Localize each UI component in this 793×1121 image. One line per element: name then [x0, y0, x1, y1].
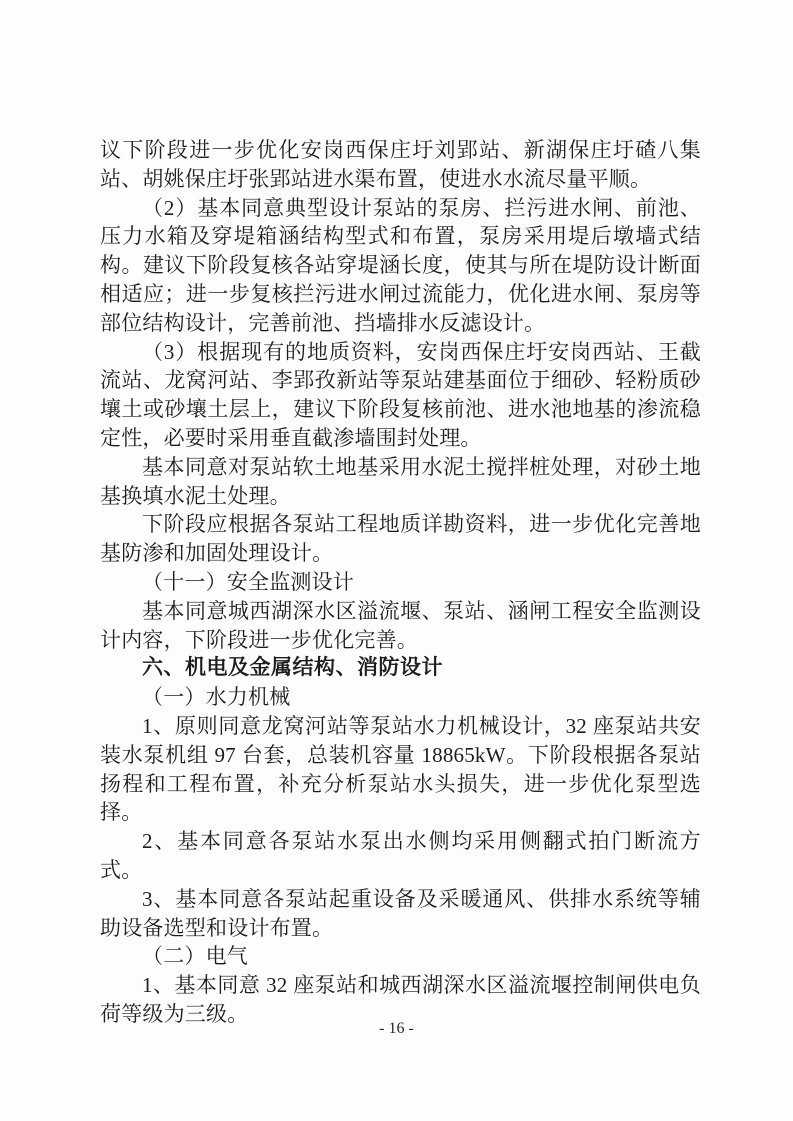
body-paragraph: 议下阶段进一步优化安岗西保庄圩刘郢站、新湖保庄圩碴八集站、胡姚保庄圩张郢站进水渠…	[100, 136, 701, 194]
body-paragraph: 2、基本同意各泵站水泵出水侧均采用侧翻式拍门断流方式。	[100, 827, 701, 885]
body-paragraph: 1、原则同意龙窝河站等泵站水力机械设计，32 座泵站共安装水泵机组 97 台套，…	[100, 712, 701, 827]
document-page: 议下阶段进一步优化安岗西保庄圩刘郢站、新湖保庄圩碴八集站、胡姚保庄圩张郢站进水渠…	[0, 0, 793, 1121]
body-paragraph: 下阶段应根据各泵站工程地质详勘资料，进一步优化完善地基防渗和加固处理设计。	[100, 510, 701, 568]
document-body: 议下阶段进一步优化安岗西保庄圩刘郢站、新湖保庄圩碴八集站、胡姚保庄圩张郢站进水渠…	[100, 136, 701, 1029]
body-paragraph: （3）根据现有的地质资料，安岗西保庄圩安岗西站、王截流站、龙窝河站、李郢孜新站等…	[100, 338, 701, 453]
section-heading: 六、机电及金属结构、消防设计	[100, 654, 701, 683]
section-subheading: （二）电气	[100, 942, 701, 971]
body-paragraph: （2）基本同意典型设计泵站的泵房、拦污进水闸、前池、压力水箱及穿堤箱涵结构型式和…	[100, 194, 701, 338]
body-paragraph: 3、基本同意各泵站起重设备及采暖通风、供排水系统等辅助设备选型和设计布置。	[100, 885, 701, 943]
body-paragraph: 基本同意城西湖深水区溢流堰、泵站、涵闸工程安全监测设计内容，下阶段进一步优化完善…	[100, 597, 701, 655]
section-subheading: （一）水力机械	[100, 683, 701, 712]
body-paragraph: 基本同意对泵站软土地基采用水泥土搅拌桩处理，对砂土地基换填水泥土处理。	[100, 453, 701, 511]
section-subheading: （十一）安全监测设计	[100, 568, 701, 597]
page-number: - 16 -	[0, 1020, 793, 1038]
